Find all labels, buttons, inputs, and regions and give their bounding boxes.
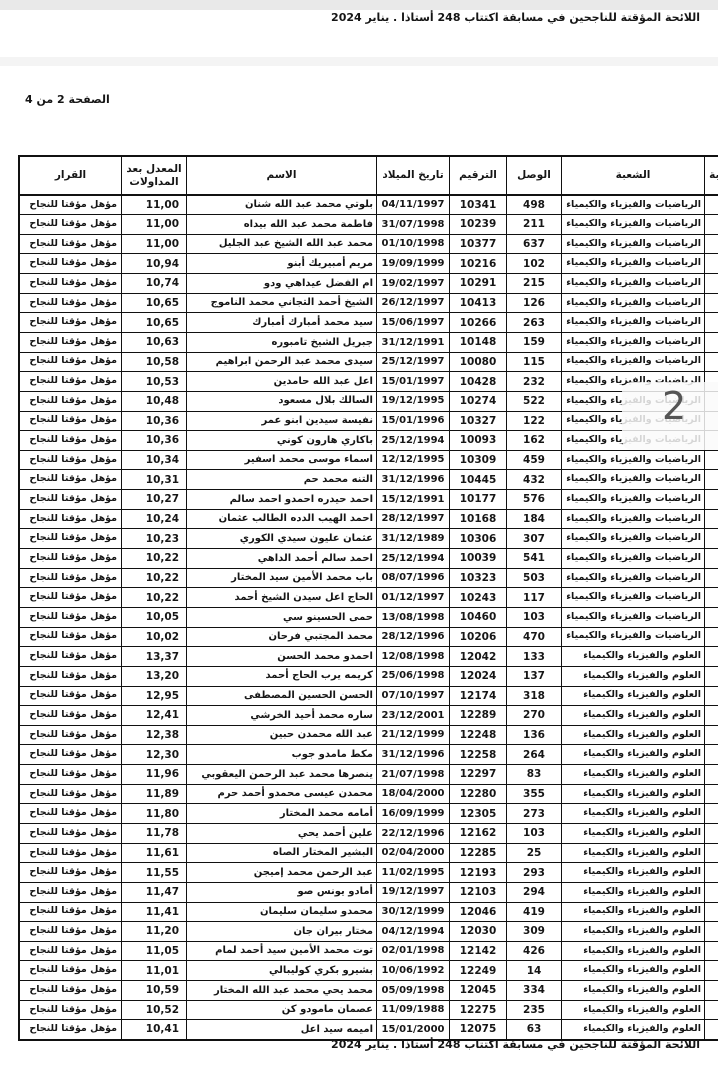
cell-rank: 16 — [705, 941, 718, 961]
cell-rank: 15 — [705, 922, 718, 942]
cell-section: الرياضيات والفيزياء والكيمياء — [562, 352, 705, 372]
table-row: 1العلوم والفيزياء والكيمياء1331204212/08… — [19, 647, 718, 667]
cell-name: محمدن عيسى محمدو أحمد حرم — [187, 784, 377, 804]
cell-receipt: 25 — [507, 843, 562, 863]
cell-name: بلوتي محمد عبد الله شنان — [187, 195, 377, 215]
cell-name: علين أحمد يحي — [187, 824, 377, 844]
cell-dob: 31/12/1989 — [377, 529, 450, 549]
cell-section: العلوم والفيزياء والكيمياء — [562, 745, 705, 765]
cell-reg: 10093 — [450, 431, 507, 451]
cell-reg: 10206 — [450, 627, 507, 647]
cell-rank: 36 — [705, 254, 718, 274]
cell-section: العلوم والفيزياء والكيمياء — [562, 765, 705, 785]
column-header-avg: المعدل بعد المداولات — [122, 156, 187, 195]
cell-receipt: 426 — [507, 941, 562, 961]
cell-dob: 23/12/2001 — [377, 706, 450, 726]
cell-rank: 10 — [705, 824, 718, 844]
cell-dob: 31/12/1996 — [377, 745, 450, 765]
cell-receipt: 63 — [507, 1020, 562, 1040]
cell-receipt: 273 — [507, 804, 562, 824]
cell-avg: 11,00 — [122, 234, 187, 254]
cell-section: الرياضيات والفيزياء والكيمياء — [562, 293, 705, 313]
document-page: اللائحة المؤقتة للناجحين في مسابقة اكتتا… — [0, 0, 718, 1085]
cell-section: الرياضيات والفيزياء والكيمياء — [562, 490, 705, 510]
cell-section: العلوم والفيزياء والكيمياء — [562, 961, 705, 981]
cell-dob: 01/10/1998 — [377, 234, 450, 254]
cell-decision: مؤهل مؤقتا للنجاح — [19, 981, 122, 1001]
cell-receipt: 307 — [507, 529, 562, 549]
cell-dob: 16/09/1999 — [377, 804, 450, 824]
table-row: 38الرياضيات والفيزياء والكيمياء126104132… — [19, 293, 718, 313]
table-row: 44الرياضيات والفيزياء والكيمياء122103271… — [19, 411, 718, 431]
cell-receipt: 334 — [507, 981, 562, 1001]
cell-section: الرياضيات والفيزياء والكيمياء — [562, 509, 705, 529]
cell-reg: 12103 — [450, 882, 507, 902]
cell-reg: 10445 — [450, 470, 507, 490]
cell-section: العلوم والفيزياء والكيمياء — [562, 941, 705, 961]
column-header-reg: الترقيم — [450, 156, 507, 195]
cell-dob: 10/06/1992 — [377, 961, 450, 981]
cell-receipt: 184 — [507, 509, 562, 529]
cell-decision: مؤهل مؤقتا للنجاح — [19, 470, 122, 490]
table-row: 33الرياضيات والفيزياء والكيمياء498103410… — [19, 195, 718, 215]
cell-avg: 12,38 — [122, 725, 187, 745]
table-row: 43الرياضيات والفيزياء والكيمياء522102741… — [19, 391, 718, 411]
cell-avg: 11,05 — [122, 941, 187, 961]
cell-section: الرياضيات والفيزياء والكيمياء — [562, 450, 705, 470]
cell-name: اسماء موسى محمد اسفير — [187, 450, 377, 470]
cell-receipt: 133 — [507, 647, 562, 667]
cell-section: الرياضيات والفيزياء والكيمياء — [562, 332, 705, 352]
cell-avg: 10,65 — [122, 293, 187, 313]
cell-avg: 11,47 — [122, 882, 187, 902]
cell-decision: مؤهل مؤقتا للنجاح — [19, 666, 122, 686]
cell-name: مكط مامدو جوب — [187, 745, 377, 765]
cell-avg: 11,20 — [122, 922, 187, 942]
cell-dob: 07/10/1997 — [377, 686, 450, 706]
cell-rank: 5 — [705, 725, 718, 745]
cell-dob: 22/12/1996 — [377, 824, 450, 844]
table-row: 45الرياضيات والفيزياء والكيمياء162100932… — [19, 431, 718, 451]
cell-reg: 10306 — [450, 529, 507, 549]
cell-rank: 33 — [705, 234, 718, 254]
cell-avg: 11,55 — [122, 863, 187, 883]
cell-receipt: 115 — [507, 352, 562, 372]
cell-reg: 10413 — [450, 293, 507, 313]
cell-avg: 10,59 — [122, 981, 187, 1001]
cell-decision: مؤهل مؤقتا للنجاح — [19, 274, 122, 294]
table-header: الرتبةالشعبةالوصلالترقيمتاريخ الميلادالا… — [19, 156, 718, 195]
cell-decision: مؤهل مؤقتا للنجاح — [19, 391, 122, 411]
cell-name: احمد حيدره احمدو احمد سالم — [187, 490, 377, 510]
cell-avg: 10,53 — [122, 372, 187, 392]
cell-avg: 11,78 — [122, 824, 187, 844]
cell-decision: مؤهل مؤقتا للنجاح — [19, 607, 122, 627]
cell-name: عثمان عليون سيدي الكوري — [187, 529, 377, 549]
cell-avg: 13,37 — [122, 647, 187, 667]
cell-dob: 15/12/1991 — [377, 490, 450, 510]
cell-receipt: 103 — [507, 607, 562, 627]
cell-rank: 39 — [705, 313, 718, 333]
cell-name: سيد محمد أمبارك أمبارك — [187, 313, 377, 333]
cell-receipt: 117 — [507, 588, 562, 608]
cell-reg: 12258 — [450, 745, 507, 765]
cell-rank: 4 — [705, 706, 718, 726]
cell-rank: 55 — [705, 627, 718, 647]
cell-rank: 20 — [705, 1020, 718, 1040]
cell-rank: 11 — [705, 843, 718, 863]
table-row: 13العلوم والفيزياء والكيمياء2941210319/1… — [19, 882, 718, 902]
cell-receipt: 126 — [507, 293, 562, 313]
cell-receipt: 102 — [507, 254, 562, 274]
cell-reg: 10168 — [450, 509, 507, 529]
cell-reg: 12174 — [450, 686, 507, 706]
cell-rank: 41 — [705, 352, 718, 372]
cell-reg: 10239 — [450, 215, 507, 235]
cell-section: العلوم والفيزياء والكيمياء — [562, 804, 705, 824]
cell-section: الرياضيات والفيزياء والكيمياء — [562, 195, 705, 215]
cell-dob: 25/06/1998 — [377, 666, 450, 686]
cell-reg: 12280 — [450, 784, 507, 804]
cell-reg: 12249 — [450, 961, 507, 981]
cell-section: الرياضيات والفيزياء والكيمياء — [562, 627, 705, 647]
cell-avg: 10,48 — [122, 391, 187, 411]
cell-decision: مؤهل مؤقتا للنجاح — [19, 372, 122, 392]
table-row: 3العلوم والفيزياء والكيمياء3181217407/10… — [19, 686, 718, 706]
cell-reg: 12042 — [450, 647, 507, 667]
cell-name: الحاج اعل سيدن الشيخ أحمد — [187, 588, 377, 608]
cell-name: أمامه محمد المختار — [187, 804, 377, 824]
cell-name: احمدو محمد الحسن — [187, 647, 377, 667]
page-number-overlay: 2 — [622, 382, 718, 450]
cell-avg: 11,61 — [122, 843, 187, 863]
cell-reg: 10177 — [450, 490, 507, 510]
cell-dob: 26/12/1997 — [377, 293, 450, 313]
cell-dob: 12/12/1995 — [377, 450, 450, 470]
table-row: 19العلوم والفيزياء والكيمياء2351227511/0… — [19, 1000, 718, 1020]
column-header-rank: الرتبة — [705, 156, 718, 195]
cell-decision: مؤهل مؤقتا للنجاح — [19, 588, 122, 608]
cell-dob: 08/07/1996 — [377, 568, 450, 588]
cell-rank: 14 — [705, 902, 718, 922]
cell-receipt: 576 — [507, 490, 562, 510]
cell-receipt: 470 — [507, 627, 562, 647]
cell-name: مريم أمبيريك أبنو — [187, 254, 377, 274]
cell-rank: 37 — [705, 274, 718, 294]
cell-decision: مؤهل مؤقتا للنجاح — [19, 411, 122, 431]
previous-page-footer-title: اللائحة المؤقتة للناجحين في مسابقة اكتتا… — [331, 11, 700, 24]
cell-decision: مؤهل مؤقتا للنجاح — [19, 1000, 122, 1020]
cell-decision: مؤهل مؤقتا للنجاح — [19, 1020, 122, 1040]
cell-section: العلوم والفيزياء والكيمياء — [562, 686, 705, 706]
cell-rank: 54 — [705, 607, 718, 627]
cell-receipt: 122 — [507, 411, 562, 431]
cell-receipt: 159 — [507, 332, 562, 352]
cell-name: فاطمة محمد عبد الله بيداه — [187, 215, 377, 235]
cell-receipt: 637 — [507, 234, 562, 254]
cell-reg: 12193 — [450, 863, 507, 883]
cell-name: الحسن الحسين المصطفى — [187, 686, 377, 706]
cell-avg: 11,80 — [122, 804, 187, 824]
cell-avg: 10,22 — [122, 549, 187, 569]
cell-avg: 10,94 — [122, 254, 187, 274]
cell-section: العلوم والفيزياء والكيمياء — [562, 902, 705, 922]
cell-avg: 10,05 — [122, 607, 187, 627]
cell-reg: 12046 — [450, 902, 507, 922]
cell-avg: 10,58 — [122, 352, 187, 372]
table-row: 42الرياضيات والفيزياء والكيمياء232104281… — [19, 372, 718, 392]
cell-receipt: 264 — [507, 745, 562, 765]
table-row: 2العلوم والفيزياء والكيمياء1371202425/06… — [19, 666, 718, 686]
cell-section: الرياضيات والفيزياء والكيمياء — [562, 234, 705, 254]
cell-name: البشير المختار الصاه — [187, 843, 377, 863]
cell-receipt: 232 — [507, 372, 562, 392]
cell-decision: مؤهل مؤقتا للنجاح — [19, 902, 122, 922]
cell-reg: 12030 — [450, 922, 507, 942]
cell-decision: مؤهل مؤقتا للنجاح — [19, 450, 122, 470]
cell-name: اميمه سيد اعل — [187, 1020, 377, 1040]
cell-name: الشيخ أحمد التجاني محمد الناموج — [187, 293, 377, 313]
cell-section: الرياضيات والفيزياء والكيمياء — [562, 215, 705, 235]
cell-receipt: 270 — [507, 706, 562, 726]
cell-name: محمد يحي محمد عبد الله المختار — [187, 981, 377, 1001]
cell-dob: 04/11/1997 — [377, 195, 450, 215]
cell-section: الرياضيات والفيزياء والكيمياء — [562, 549, 705, 569]
cell-section: العلوم والفيزياء والكيمياء — [562, 882, 705, 902]
cell-decision: مؤهل مؤقتا للنجاح — [19, 352, 122, 372]
cell-rank: 51 — [705, 549, 718, 569]
cell-rank: 33 — [705, 195, 718, 215]
cell-avg: 10,41 — [122, 1020, 187, 1040]
cell-dob: 12/08/1998 — [377, 647, 450, 667]
cell-section: العلوم والفيزياء والكيمياء — [562, 863, 705, 883]
table-row: 40الرياضيات والفيزياء والكيمياء159101483… — [19, 332, 718, 352]
cell-reg: 12297 — [450, 765, 507, 785]
cell-decision: مؤهل مؤقتا للنجاح — [19, 941, 122, 961]
cell-decision: مؤهل مؤقتا للنجاح — [19, 254, 122, 274]
cell-name: عبد الله محمدن حبين — [187, 725, 377, 745]
cell-avg: 12,30 — [122, 745, 187, 765]
cell-reg: 10148 — [450, 332, 507, 352]
cell-rank: 17 — [705, 961, 718, 981]
cell-rank: 13 — [705, 882, 718, 902]
cell-name: باكاري هارون كوني — [187, 431, 377, 451]
cell-decision: مؤهل مؤقتا للنجاح — [19, 882, 122, 902]
cell-section: العلوم والفيزياء والكيمياء — [562, 666, 705, 686]
cell-decision: مؤهل مؤقتا للنجاح — [19, 686, 122, 706]
column-header-dob: تاريخ الميلاد — [377, 156, 450, 195]
cell-dob: 02/04/2000 — [377, 843, 450, 863]
cell-decision: مؤهل مؤقتا للنجاح — [19, 195, 122, 215]
cell-rank: 49 — [705, 509, 718, 529]
cell-decision: مؤهل مؤقتا للنجاح — [19, 549, 122, 569]
cell-decision: مؤهل مؤقتا للنجاح — [19, 234, 122, 254]
cell-dob: 19/02/1997 — [377, 274, 450, 294]
cell-reg: 10216 — [450, 254, 507, 274]
cell-dob: 31/12/1991 — [377, 332, 450, 352]
page-indicator: الصفحة 2 من 4 — [25, 93, 110, 106]
cell-section: الرياضيات والفيزياء والكيمياء — [562, 313, 705, 333]
cell-decision: مؤهل مؤقتا للنجاح — [19, 922, 122, 942]
cell-dob: 13/08/1998 — [377, 607, 450, 627]
table-row: 47الرياضيات والفيزياء والكيمياء432104453… — [19, 470, 718, 490]
cell-avg: 10,36 — [122, 411, 187, 431]
cell-reg: 10266 — [450, 313, 507, 333]
cell-name: مختار بيران جان — [187, 922, 377, 942]
table-row: 16العلوم والفيزياء والكيمياء4261214202/0… — [19, 941, 718, 961]
cell-dob: 01/12/1997 — [377, 588, 450, 608]
cell-rank: 18 — [705, 981, 718, 1001]
cell-receipt: 137 — [507, 666, 562, 686]
cell-decision: مؤهل مؤقتا للنجاح — [19, 431, 122, 451]
table-row: 49الرياضيات والفيزياء والكيمياء184101682… — [19, 509, 718, 529]
cell-section: العلوم والفيزياء والكيمياء — [562, 1020, 705, 1040]
table-row: 12العلوم والفيزياء والكيمياء2931219311/0… — [19, 863, 718, 883]
cell-receipt: 498 — [507, 195, 562, 215]
cell-reg: 10428 — [450, 372, 507, 392]
cell-reg: 12142 — [450, 941, 507, 961]
table-row: 5العلوم والفيزياء والكيمياء1361224821/12… — [19, 725, 718, 745]
page-top-separator — [0, 0, 718, 10]
page-footer-title: اللائحة المؤقتة للناجحين في مسابقة اكتتا… — [331, 1038, 700, 1051]
cell-avg: 10,52 — [122, 1000, 187, 1020]
cell-dob: 31/07/1998 — [377, 215, 450, 235]
table-row: 33الرياضيات والفيزياء والكيمياء211102393… — [19, 215, 718, 235]
cell-dob: 15/01/2000 — [377, 1020, 450, 1040]
cell-reg: 12045 — [450, 981, 507, 1001]
cell-receipt: 14 — [507, 961, 562, 981]
cell-avg: 10,34 — [122, 450, 187, 470]
cell-reg: 10327 — [450, 411, 507, 431]
cell-decision: مؤهل مؤقتا للنجاح — [19, 706, 122, 726]
cell-receipt: 162 — [507, 431, 562, 451]
table-row: 9العلوم والفيزياء والكيمياء2731230516/09… — [19, 804, 718, 824]
cell-decision: مؤهل مؤقتا للنجاح — [19, 529, 122, 549]
cell-decision: مؤهل مؤقتا للنجاح — [19, 863, 122, 883]
cell-rank: 48 — [705, 490, 718, 510]
table-row: 51الرياضيات والفيزياء والكيمياء503103230… — [19, 568, 718, 588]
cell-dob: 11/02/1995 — [377, 863, 450, 883]
cell-avg: 11,00 — [122, 215, 187, 235]
cell-reg: 10243 — [450, 588, 507, 608]
cell-avg: 10,22 — [122, 588, 187, 608]
cell-decision: مؤهل مؤقتا للنجاح — [19, 215, 122, 235]
cell-name: ام الفضل عيداهي ودو — [187, 274, 377, 294]
cell-receipt: 522 — [507, 391, 562, 411]
cell-section: العلوم والفيزياء والكيمياء — [562, 843, 705, 863]
cell-name: بشيرو بكري كوليبالي — [187, 961, 377, 981]
cell-decision: مؤهل مؤقتا للنجاح — [19, 313, 122, 333]
cell-avg: 10,22 — [122, 568, 187, 588]
cell-receipt: 215 — [507, 274, 562, 294]
table-row: 54الرياضيات والفيزياء والكيمياء103104601… — [19, 607, 718, 627]
cell-name: السالك بلال مسعود — [187, 391, 377, 411]
cell-receipt: 419 — [507, 902, 562, 922]
cell-decision: مؤهل مؤقتا للنجاح — [19, 784, 122, 804]
cell-name: باب محمد الأمين سيد المختار — [187, 568, 377, 588]
table-row: 36الرياضيات والفيزياء والكيمياء102102161… — [19, 254, 718, 274]
cell-rank: 3 — [705, 686, 718, 706]
cell-name: توت محمد الأمين سيد أحمد لمام — [187, 941, 377, 961]
table-row: 15العلوم والفيزياء والكيمياء3091203004/1… — [19, 922, 718, 942]
cell-receipt: 432 — [507, 470, 562, 490]
table-body: 33الرياضيات والفيزياء والكيمياء498103410… — [19, 195, 718, 1040]
cell-reg: 10377 — [450, 234, 507, 254]
table-row: 14العلوم والفيزياء والكيمياء4191204630/1… — [19, 902, 718, 922]
cell-dob: 21/07/1998 — [377, 765, 450, 785]
cell-avg: 10,23 — [122, 529, 187, 549]
cell-avg: 10,36 — [122, 431, 187, 451]
cell-avg: 11,00 — [122, 195, 187, 215]
cell-decision: مؤهل مؤقتا للنجاح — [19, 332, 122, 352]
cell-avg: 10,31 — [122, 470, 187, 490]
column-header-decision: القرار — [19, 156, 122, 195]
cell-avg: 10,65 — [122, 313, 187, 333]
cell-name: محمد عبد الله الشيخ عبد الجليل — [187, 234, 377, 254]
cell-reg: 12162 — [450, 824, 507, 844]
cell-avg: 10,74 — [122, 274, 187, 294]
cell-receipt: 318 — [507, 686, 562, 706]
cell-rank: 50 — [705, 529, 718, 549]
cell-avg: 13,20 — [122, 666, 187, 686]
cell-rank: 2 — [705, 666, 718, 686]
cell-section: الرياضيات والفيزياء والكيمياء — [562, 588, 705, 608]
cell-receipt: 136 — [507, 725, 562, 745]
cell-section: العلوم والفيزياء والكيمياء — [562, 725, 705, 745]
cell-rank: 19 — [705, 1000, 718, 1020]
cell-section: العلوم والفيزياء والكيمياء — [562, 706, 705, 726]
cell-dob: 19/09/1999 — [377, 254, 450, 274]
cell-receipt: 211 — [507, 215, 562, 235]
cell-rank: 38 — [705, 293, 718, 313]
cell-reg: 12075 — [450, 1020, 507, 1040]
table-row: 51الرياضيات والفيزياء والكيمياء541100392… — [19, 549, 718, 569]
cell-rank: 51 — [705, 568, 718, 588]
cell-name: محمدو سليمان سليمان — [187, 902, 377, 922]
cell-receipt: 541 — [507, 549, 562, 569]
table-row: 6العلوم والفيزياء والكيمياء2641225831/12… — [19, 745, 718, 765]
table-row: 8العلوم والفيزياء والكيمياء3551228018/04… — [19, 784, 718, 804]
cell-name: احمد سالم أحمد الداهي — [187, 549, 377, 569]
cell-dob: 21/12/1999 — [377, 725, 450, 745]
page-number-overlay-value: 2 — [662, 387, 686, 425]
cell-rank: 33 — [705, 215, 718, 235]
cell-avg: 10,63 — [122, 332, 187, 352]
cell-reg: 12289 — [450, 706, 507, 726]
cell-avg: 11,41 — [122, 902, 187, 922]
cell-name: أمادو يونس صو — [187, 882, 377, 902]
cell-section: الرياضيات والفيزياء والكيمياء — [562, 254, 705, 274]
cell-rank: 51 — [705, 588, 718, 608]
cell-name: سيدى محمد عبد الرحمن ابراهيم — [187, 352, 377, 372]
cell-dob: 18/04/2000 — [377, 784, 450, 804]
cell-avg: 10,02 — [122, 627, 187, 647]
cell-decision: مؤهل مؤقتا للنجاح — [19, 568, 122, 588]
cell-reg: 10291 — [450, 274, 507, 294]
cell-avg: 11,89 — [122, 784, 187, 804]
cell-decision: مؤهل مؤقتا للنجاح — [19, 843, 122, 863]
cell-dob: 15/01/1997 — [377, 372, 450, 392]
results-table: الرتبةالشعبةالوصلالترقيمتاريخ الميلادالا… — [18, 155, 718, 1041]
cell-receipt: 263 — [507, 313, 562, 333]
cell-rank: 8 — [705, 784, 718, 804]
cell-name: اعل عبد الله حامدين — [187, 372, 377, 392]
table-row: 20العلوم والفيزياء والكيمياء631207515/01… — [19, 1020, 718, 1040]
cell-receipt: 309 — [507, 922, 562, 942]
cell-avg: 11,01 — [122, 961, 187, 981]
cell-avg: 11,96 — [122, 765, 187, 785]
cell-rank: 12 — [705, 863, 718, 883]
